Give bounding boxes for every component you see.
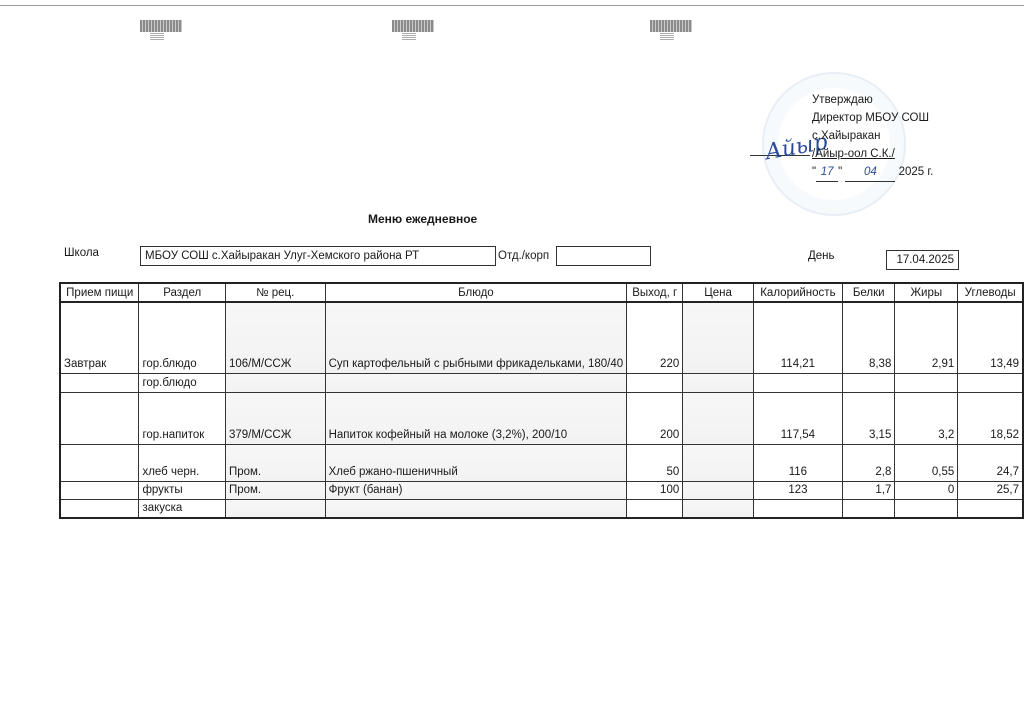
table-row: хлеб черн.Пром.Хлеб ржано-пшеничный50116… — [60, 444, 1023, 481]
cell-carbs — [958, 373, 1023, 392]
table-row: гор.блюдо — [60, 373, 1023, 392]
cell-yield: 50 — [627, 444, 683, 481]
cell-yield: 200 — [627, 392, 683, 444]
approval-block: Утверждаю Директор МБОУ СОШ с.Хайыракан … — [812, 91, 933, 182]
cell-yield: 100 — [627, 481, 683, 499]
cell-carbs: 24,7 — [958, 444, 1023, 481]
cell-dish — [325, 373, 627, 392]
cell-price — [683, 373, 754, 392]
column-header: Белки — [843, 283, 895, 302]
column-header: № рец. — [225, 283, 325, 302]
cell-kcal: 114,21 — [753, 302, 842, 373]
approval-date-month: 04 — [845, 163, 895, 182]
scanned-document: Айыр Утверждаю Директор МБОУ СОШ с.Хайыр… — [0, 0, 1024, 724]
meal-cell-empty — [60, 392, 139, 444]
scan-artifact — [140, 20, 182, 32]
column-header: Раздел — [139, 283, 226, 302]
table-header-row: Прием пищиРаздел№ рец.БлюдоВыход, гЦенаК… — [60, 283, 1023, 302]
cell-carbs: 18,52 — [958, 392, 1023, 444]
meal-cell-empty — [60, 373, 139, 392]
cell-dish: Фрукт (банан) — [325, 481, 627, 499]
table-row: гор.напиток379/М/ССЖНапиток кофейный на … — [60, 392, 1023, 444]
cell-section: фрукты — [139, 481, 226, 499]
cell-kcal: 116 — [753, 444, 842, 481]
meal-cell-empty — [60, 444, 139, 481]
approval-title: Утверждаю — [812, 91, 933, 109]
cell-dish — [325, 499, 627, 518]
column-header: Блюдо — [325, 283, 627, 302]
cell-fat: 2,91 — [895, 302, 958, 373]
column-header: Углеводы — [958, 283, 1023, 302]
cell-recipe: Пром. — [225, 481, 325, 499]
cell-recipe — [225, 499, 325, 518]
cell-yield — [627, 499, 683, 518]
cell-price — [683, 499, 754, 518]
scan-artifact — [392, 20, 434, 32]
day-field: 17.04.2025 — [886, 250, 959, 270]
cell-section: гор.напиток — [139, 392, 226, 444]
cell-section: гор.блюдо — [139, 302, 226, 373]
cell-protein — [843, 499, 895, 518]
scan-edge-line — [0, 5, 1024, 6]
cell-price — [683, 444, 754, 481]
cell-protein: 1,7 — [843, 481, 895, 499]
cell-fat: 3,2 — [895, 392, 958, 444]
approval-date-day: 17 — [816, 163, 838, 182]
cell-kcal — [753, 499, 842, 518]
cell-price — [683, 302, 754, 373]
cell-protein: 8,38 — [843, 302, 895, 373]
table-row: закуска — [60, 499, 1023, 518]
cell-section: хлеб черн. — [139, 444, 226, 481]
approval-date-year: 2025 г. — [899, 166, 934, 178]
approval-date: "17" 04 2025 г. — [812, 163, 933, 182]
cell-dish: Напиток кофейный на молоке (3,2%), 200/1… — [325, 392, 627, 444]
column-header: Калорийность — [753, 283, 842, 302]
cell-kcal — [753, 373, 842, 392]
department-label: Отд./корп — [498, 250, 549, 262]
cell-kcal: 117,54 — [753, 392, 842, 444]
cell-protein: 3,15 — [843, 392, 895, 444]
cell-recipe: 106/М/ССЖ — [225, 302, 325, 373]
cell-dish: Суп картофельный с рыбными фрикадельками… — [325, 302, 627, 373]
cell-fat — [895, 499, 958, 518]
menu-table: Прием пищиРаздел№ рец.БлюдоВыход, гЦенаК… — [59, 282, 1024, 519]
approval-position: Директор МБОУ СОШ — [812, 109, 933, 127]
cell-protein: 2,8 — [843, 444, 895, 481]
page-title: Меню ежедневное — [368, 212, 477, 226]
cell-fat — [895, 373, 958, 392]
school-field: МБОУ СОШ с.Хайыракан Улуг-Хемского район… — [140, 246, 496, 266]
table-row: фруктыПром.Фрукт (банан)1001231,7025,7 — [60, 481, 1023, 499]
day-label: День — [808, 250, 835, 262]
cell-recipe: 379/М/ССЖ — [225, 392, 325, 444]
school-label: Школа — [64, 247, 99, 259]
approval-name: /Айыр-оол С.К./ — [812, 145, 933, 163]
cell-section: закуска — [139, 499, 226, 518]
cell-price — [683, 392, 754, 444]
meal-cell-empty — [60, 481, 139, 499]
cell-kcal: 123 — [753, 481, 842, 499]
table-row: Завтракгор.блюдо106/М/ССЖСуп картофельны… — [60, 302, 1023, 373]
cell-price — [683, 481, 754, 499]
cell-dish: Хлеб ржано-пшеничный — [325, 444, 627, 481]
cell-yield: 220 — [627, 302, 683, 373]
meal-cell-empty — [60, 499, 139, 518]
column-header: Жиры — [895, 283, 958, 302]
approval-location: с.Хайыракан — [812, 127, 933, 145]
cell-protein — [843, 373, 895, 392]
cell-recipe: Пром. — [225, 444, 325, 481]
cell-fat: 0,55 — [895, 444, 958, 481]
department-field — [556, 246, 651, 266]
column-header: Прием пищи — [60, 283, 139, 302]
cell-carbs: 13,49 — [958, 302, 1023, 373]
cell-section: гор.блюдо — [139, 373, 226, 392]
cell-fat: 0 — [895, 481, 958, 499]
scan-artifact — [650, 20, 692, 32]
cell-recipe — [225, 373, 325, 392]
cell-yield — [627, 373, 683, 392]
cell-carbs: 25,7 — [958, 481, 1023, 499]
column-header: Цена — [683, 283, 754, 302]
cell-carbs — [958, 499, 1023, 518]
column-header: Выход, г — [627, 283, 683, 302]
meal-cell: Завтрак — [60, 302, 139, 373]
